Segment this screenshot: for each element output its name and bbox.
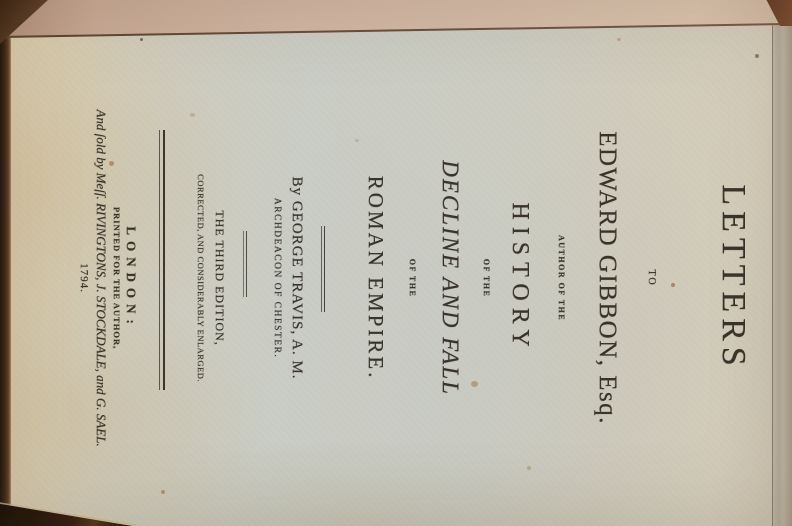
imprint-city: LONDON: bbox=[125, 28, 138, 526]
author-title-line: ARCHDEACON OF CHESTER. bbox=[272, 28, 282, 526]
fore-edge bbox=[772, 0, 792, 526]
decline-and-fall-line: DECLINE AND FALL bbox=[439, 28, 462, 526]
roman-empire-line: ROMAN EMPIRE. bbox=[365, 28, 386, 526]
author-byline: By GEORGE TRAVIS, A. M. bbox=[289, 28, 304, 526]
printer-rule-3 bbox=[159, 130, 165, 390]
printer-rule-2 bbox=[243, 231, 247, 297]
of-the-label-1: OF THE bbox=[482, 28, 490, 526]
imprint-booksellers: And ſold by Meſſ. RIVINGTONS, J. STOCKDA… bbox=[95, 28, 108, 526]
author-of-the-label: AUTHOR OF THE bbox=[557, 28, 565, 526]
edition-statement: THE THIRD EDITION, bbox=[214, 28, 226, 526]
dedication-to: TO bbox=[646, 28, 656, 526]
history-line: HISTORY bbox=[508, 28, 532, 526]
book-title: LETTERS bbox=[716, 28, 750, 526]
title-page-content: LETTERS TO EDWARD GIBBON, Esq. AUTHOR OF… bbox=[60, 28, 750, 526]
printer-rule-1 bbox=[321, 226, 325, 312]
edition-note: CORRECTED, AND CONSIDERABLY ENLARGED. bbox=[197, 28, 206, 526]
of-the-label-2: OF THE bbox=[408, 28, 416, 526]
dedicatee-name: EDWARD GIBBON, Esq. bbox=[595, 28, 620, 526]
imprint-year: 1794. bbox=[78, 28, 89, 526]
imprint-printer: PRINTED FOR THE AUTHOR, bbox=[113, 28, 122, 526]
book-photo: LETTERS TO EDWARD GIBBON, Esq. AUTHOR OF… bbox=[0, 0, 792, 526]
book-spine bbox=[0, 0, 11, 526]
